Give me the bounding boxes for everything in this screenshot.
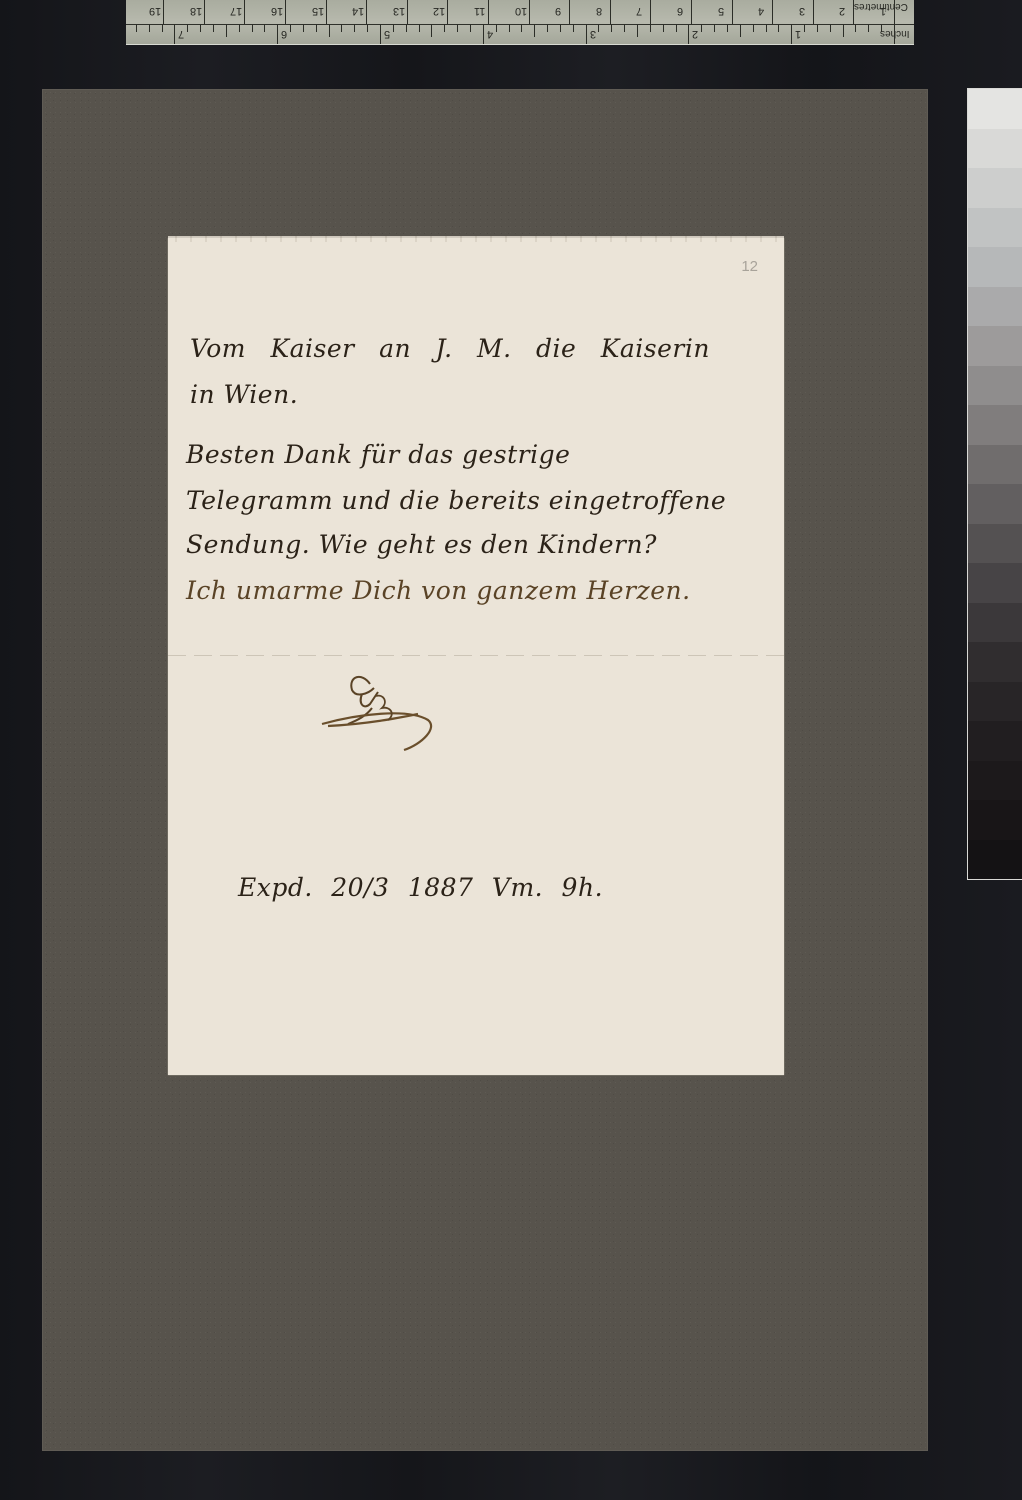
inch-tick xyxy=(329,24,330,37)
cm-tick xyxy=(732,0,733,24)
grey-patch xyxy=(968,524,1022,564)
cm-tick-label: 18 xyxy=(190,5,202,17)
grey-patch xyxy=(968,405,1022,445)
inch-tick xyxy=(239,24,240,32)
inch-tick-label: 4 xyxy=(487,28,493,40)
inch-tick xyxy=(534,24,535,37)
inch-tick xyxy=(419,24,420,32)
inch-tick xyxy=(843,24,844,37)
body-line-4: Ich umarme Dich von ganzem Herzen. xyxy=(186,576,691,605)
grey-patch xyxy=(968,168,1022,208)
inch-tick xyxy=(804,24,805,32)
cm-tick xyxy=(610,0,611,24)
inch-tick xyxy=(136,24,137,32)
inch-tick xyxy=(701,24,702,32)
cm-tick xyxy=(244,0,245,24)
inch-tick-label: 6 xyxy=(281,28,287,40)
inch-tick xyxy=(676,24,677,32)
inch-tick xyxy=(162,24,163,32)
body-line-1: Besten Dank für das gestrige xyxy=(186,440,570,469)
grey-patch xyxy=(968,484,1022,524)
inch-tick xyxy=(431,24,432,37)
inch-tick xyxy=(830,24,831,32)
inch-tick xyxy=(316,24,317,32)
grey-patch xyxy=(968,326,1022,366)
measurement-ruler: Centimetres Inches 123456789101112131415… xyxy=(126,0,914,45)
cm-tick-label: 5 xyxy=(718,5,724,17)
cm-tick-label: 10 xyxy=(515,5,527,17)
grey-patch xyxy=(968,247,1022,287)
inch-tick xyxy=(277,24,278,44)
folio-number: 12 xyxy=(741,258,758,275)
cm-tick xyxy=(894,0,895,24)
inch-tick xyxy=(598,24,599,32)
inch-tick xyxy=(380,24,381,44)
cm-tick xyxy=(447,0,448,24)
cm-tick-label: 12 xyxy=(433,5,445,17)
cm-tick xyxy=(569,0,570,24)
inch-tick xyxy=(714,24,715,32)
cm-tick-label: 14 xyxy=(352,5,364,17)
grey-patch xyxy=(968,800,1022,840)
inch-tick xyxy=(778,24,779,32)
dispatch-note: Expd. 20/3 1887 Vm. 9h. xyxy=(238,873,603,902)
inch-tick-label: 2 xyxy=(692,28,698,40)
cm-tick xyxy=(691,0,692,24)
inch-tick xyxy=(650,24,651,32)
inch-tick xyxy=(174,24,175,44)
inch-tick-label: 3 xyxy=(590,28,596,40)
inch-tick xyxy=(727,24,728,32)
ruler-divider xyxy=(126,24,914,25)
inch-tick xyxy=(303,24,304,32)
inch-tick xyxy=(213,24,214,32)
cm-tick-label: 11 xyxy=(474,5,485,17)
letter-sheet: 12 Vom Kaiser an J. M. die Kaiserin in W… xyxy=(168,238,784,1075)
inch-tick xyxy=(354,24,355,32)
inch-tick xyxy=(573,24,574,32)
inch-tick xyxy=(200,24,201,32)
inch-tick xyxy=(766,24,767,32)
inch-tick xyxy=(252,24,253,32)
cm-tick xyxy=(285,0,286,24)
inch-tick xyxy=(740,24,741,37)
inch-tick xyxy=(264,24,265,32)
inch-tick xyxy=(817,24,818,32)
inch-tick xyxy=(611,24,612,32)
cm-tick-label: 19 xyxy=(149,5,161,17)
signature-monogram-icon xyxy=(318,664,448,754)
body-line-3: Sendung. Wie geht es den Kindern? xyxy=(186,530,657,559)
cm-tick-label: 9 xyxy=(555,5,561,17)
grey-patch xyxy=(968,840,1022,880)
inch-tick xyxy=(393,24,394,32)
address-line-1: Vom Kaiser an J. M. die Kaiserin xyxy=(190,334,710,363)
grey-patch xyxy=(968,682,1022,722)
inch-tick xyxy=(470,24,471,32)
inch-tick xyxy=(444,24,445,32)
cm-tick xyxy=(163,0,164,24)
inch-tick xyxy=(637,24,638,37)
inch-tick xyxy=(483,24,484,44)
cm-tick-label: 8 xyxy=(596,5,602,17)
cm-tick xyxy=(407,0,408,24)
inch-tick xyxy=(663,24,664,32)
cm-tick-label: 7 xyxy=(636,5,642,17)
inch-tick xyxy=(226,24,227,37)
grey-patch xyxy=(968,721,1022,761)
cm-tick xyxy=(488,0,489,24)
inch-tick xyxy=(149,24,150,32)
inch-tick xyxy=(367,24,368,32)
inch-tick-label: 7 xyxy=(178,28,184,40)
inch-tick xyxy=(791,24,792,44)
grey-patch xyxy=(968,445,1022,485)
cm-tick-label: 6 xyxy=(677,5,683,17)
inch-tick xyxy=(586,24,587,44)
cm-tick xyxy=(853,0,854,24)
inch-tick xyxy=(894,24,895,44)
inch-tick xyxy=(688,24,689,44)
grey-patch xyxy=(968,642,1022,682)
inch-tick-label: 5 xyxy=(384,28,390,40)
inch-tick xyxy=(457,24,458,32)
cm-tick-label: 13 xyxy=(393,5,405,17)
grey-scale-target xyxy=(967,88,1022,880)
grey-patch xyxy=(968,603,1022,643)
body-line-2: Telegramm und die bereits eingetroffene xyxy=(186,486,726,515)
inch-tick xyxy=(521,24,522,32)
torn-top-edge xyxy=(168,236,784,242)
inch-tick xyxy=(753,24,754,32)
inch-tick xyxy=(868,24,869,32)
cm-tick-label: 17 xyxy=(230,5,242,17)
inch-tick-label: 1 xyxy=(795,28,801,40)
inch-tick xyxy=(496,24,497,32)
cm-tick-label: 15 xyxy=(312,5,324,17)
cm-tick-label: 2 xyxy=(839,5,845,17)
address-line-2: in Wien. xyxy=(190,380,298,409)
cm-tick xyxy=(772,0,773,24)
cm-tick xyxy=(529,0,530,24)
grey-patch xyxy=(968,761,1022,801)
inch-tick xyxy=(560,24,561,32)
cm-tick-label: 16 xyxy=(271,5,283,17)
cm-tick xyxy=(204,0,205,24)
inch-tick xyxy=(509,24,510,32)
grey-patch xyxy=(968,89,1022,129)
fold-line xyxy=(168,655,784,656)
inch-tick xyxy=(624,24,625,32)
cm-tick xyxy=(326,0,327,24)
inch-tick xyxy=(187,24,188,32)
grey-patch xyxy=(968,287,1022,327)
inch-tick xyxy=(547,24,548,32)
cm-tick-label: 4 xyxy=(758,5,764,17)
grey-patch xyxy=(968,208,1022,248)
cm-tick-label: 3 xyxy=(799,5,805,17)
grey-patch xyxy=(968,563,1022,603)
inch-tick xyxy=(341,24,342,32)
cm-tick xyxy=(813,0,814,24)
inch-tick xyxy=(881,24,882,32)
inch-tick xyxy=(855,24,856,32)
cm-tick xyxy=(650,0,651,24)
inch-tick xyxy=(406,24,407,32)
grey-patch xyxy=(968,129,1022,169)
grey-patch xyxy=(968,366,1022,406)
cm-tick xyxy=(366,0,367,24)
cm-tick-label: 1 xyxy=(880,5,886,17)
inch-tick xyxy=(290,24,291,32)
